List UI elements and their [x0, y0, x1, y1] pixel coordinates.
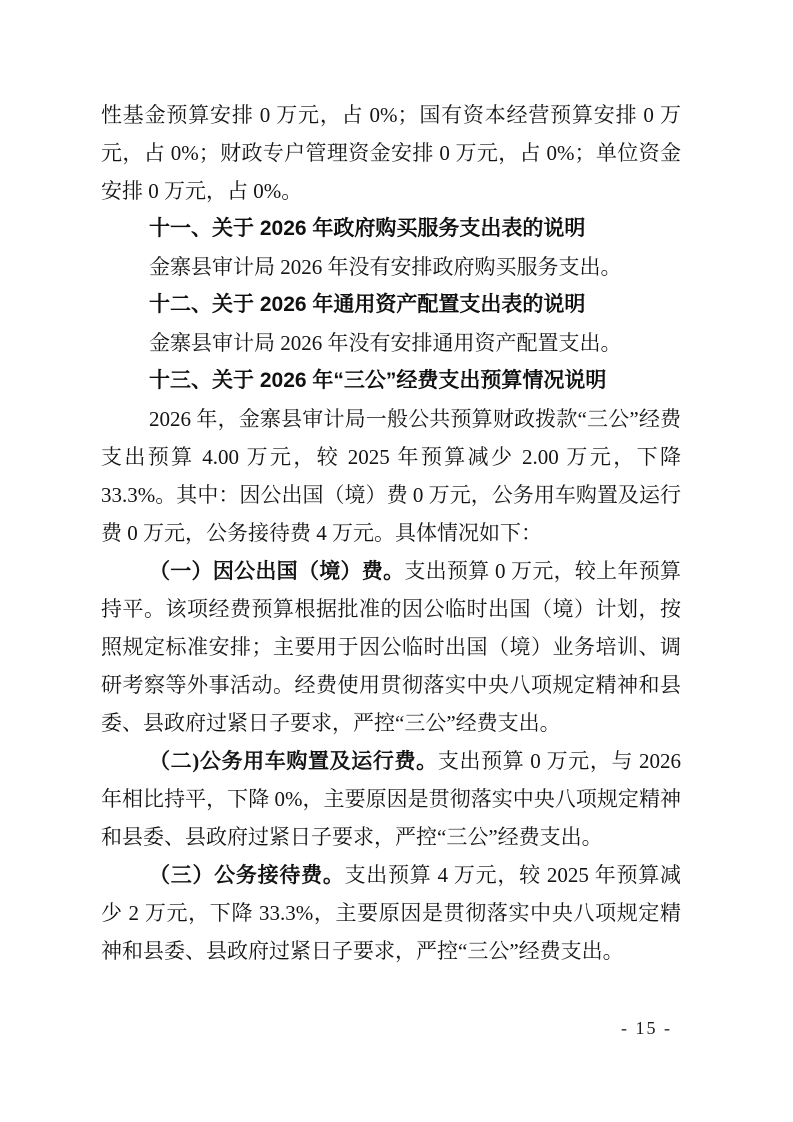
section-heading-13: 十三、关于 2026 年“三公”经费支出预算情况说明 [101, 362, 681, 400]
item-1-body-text: 支出预算 0 万元，较上年预算持平。该项经费预算根据批准的因公临时出国（境）计划… [101, 559, 681, 735]
item-3-lead-label: （三）公务接待费。 [149, 863, 345, 887]
paragraph-no-asset-config: 金寨县审计局 2026 年没有安排通用资产配置支出。 [101, 324, 681, 362]
item-1-lead-label: （一）因公出国（境）费。 [149, 559, 404, 583]
paragraph-item-2-vehicle-fee: （二)公务用车购置及运行费。支出预算 0 万元，与 2026 年相比持平，下降 … [101, 742, 681, 856]
paragraph-continuation: 性基金预算安排 0 万元，占 0%；国有资本经营预算安排 0 万元，占 0%；财… [101, 96, 681, 210]
paragraph-item-3-reception-fee: （三）公务接待费。支出预算 4 万元，较 2025 年预算减少 2 万元，下降 … [101, 856, 681, 970]
page-number: - 15 - [621, 1016, 672, 1040]
paragraph-item-1-abroad-fee: （一）因公出国（境）费。支出预算 0 万元，较上年预算持平。该项经费预算根据批准… [101, 552, 681, 742]
paragraph-no-gov-purchase: 金寨县审计局 2026 年没有安排政府购买服务支出。 [101, 248, 681, 286]
paragraph-three-public-overview: 2026 年，金寨县审计局一般公共预算财政拨款“三公”经费支出预算 4.00 万… [101, 400, 681, 552]
section-heading-12: 十二、关于 2026 年通用资产配置支出表的说明 [101, 286, 681, 324]
page-content: 性基金预算安排 0 万元，占 0%；国有资本经营预算安排 0 万元，占 0%；财… [101, 96, 681, 970]
item-2-lead-label: （二)公务用车购置及运行费。 [149, 749, 438, 773]
document-page: 性基金预算安排 0 万元，占 0%；国有资本经营预算安排 0 万元，占 0%；财… [0, 0, 793, 1122]
section-heading-11: 十一、关于 2026 年政府购买服务支出表的说明 [101, 210, 681, 248]
